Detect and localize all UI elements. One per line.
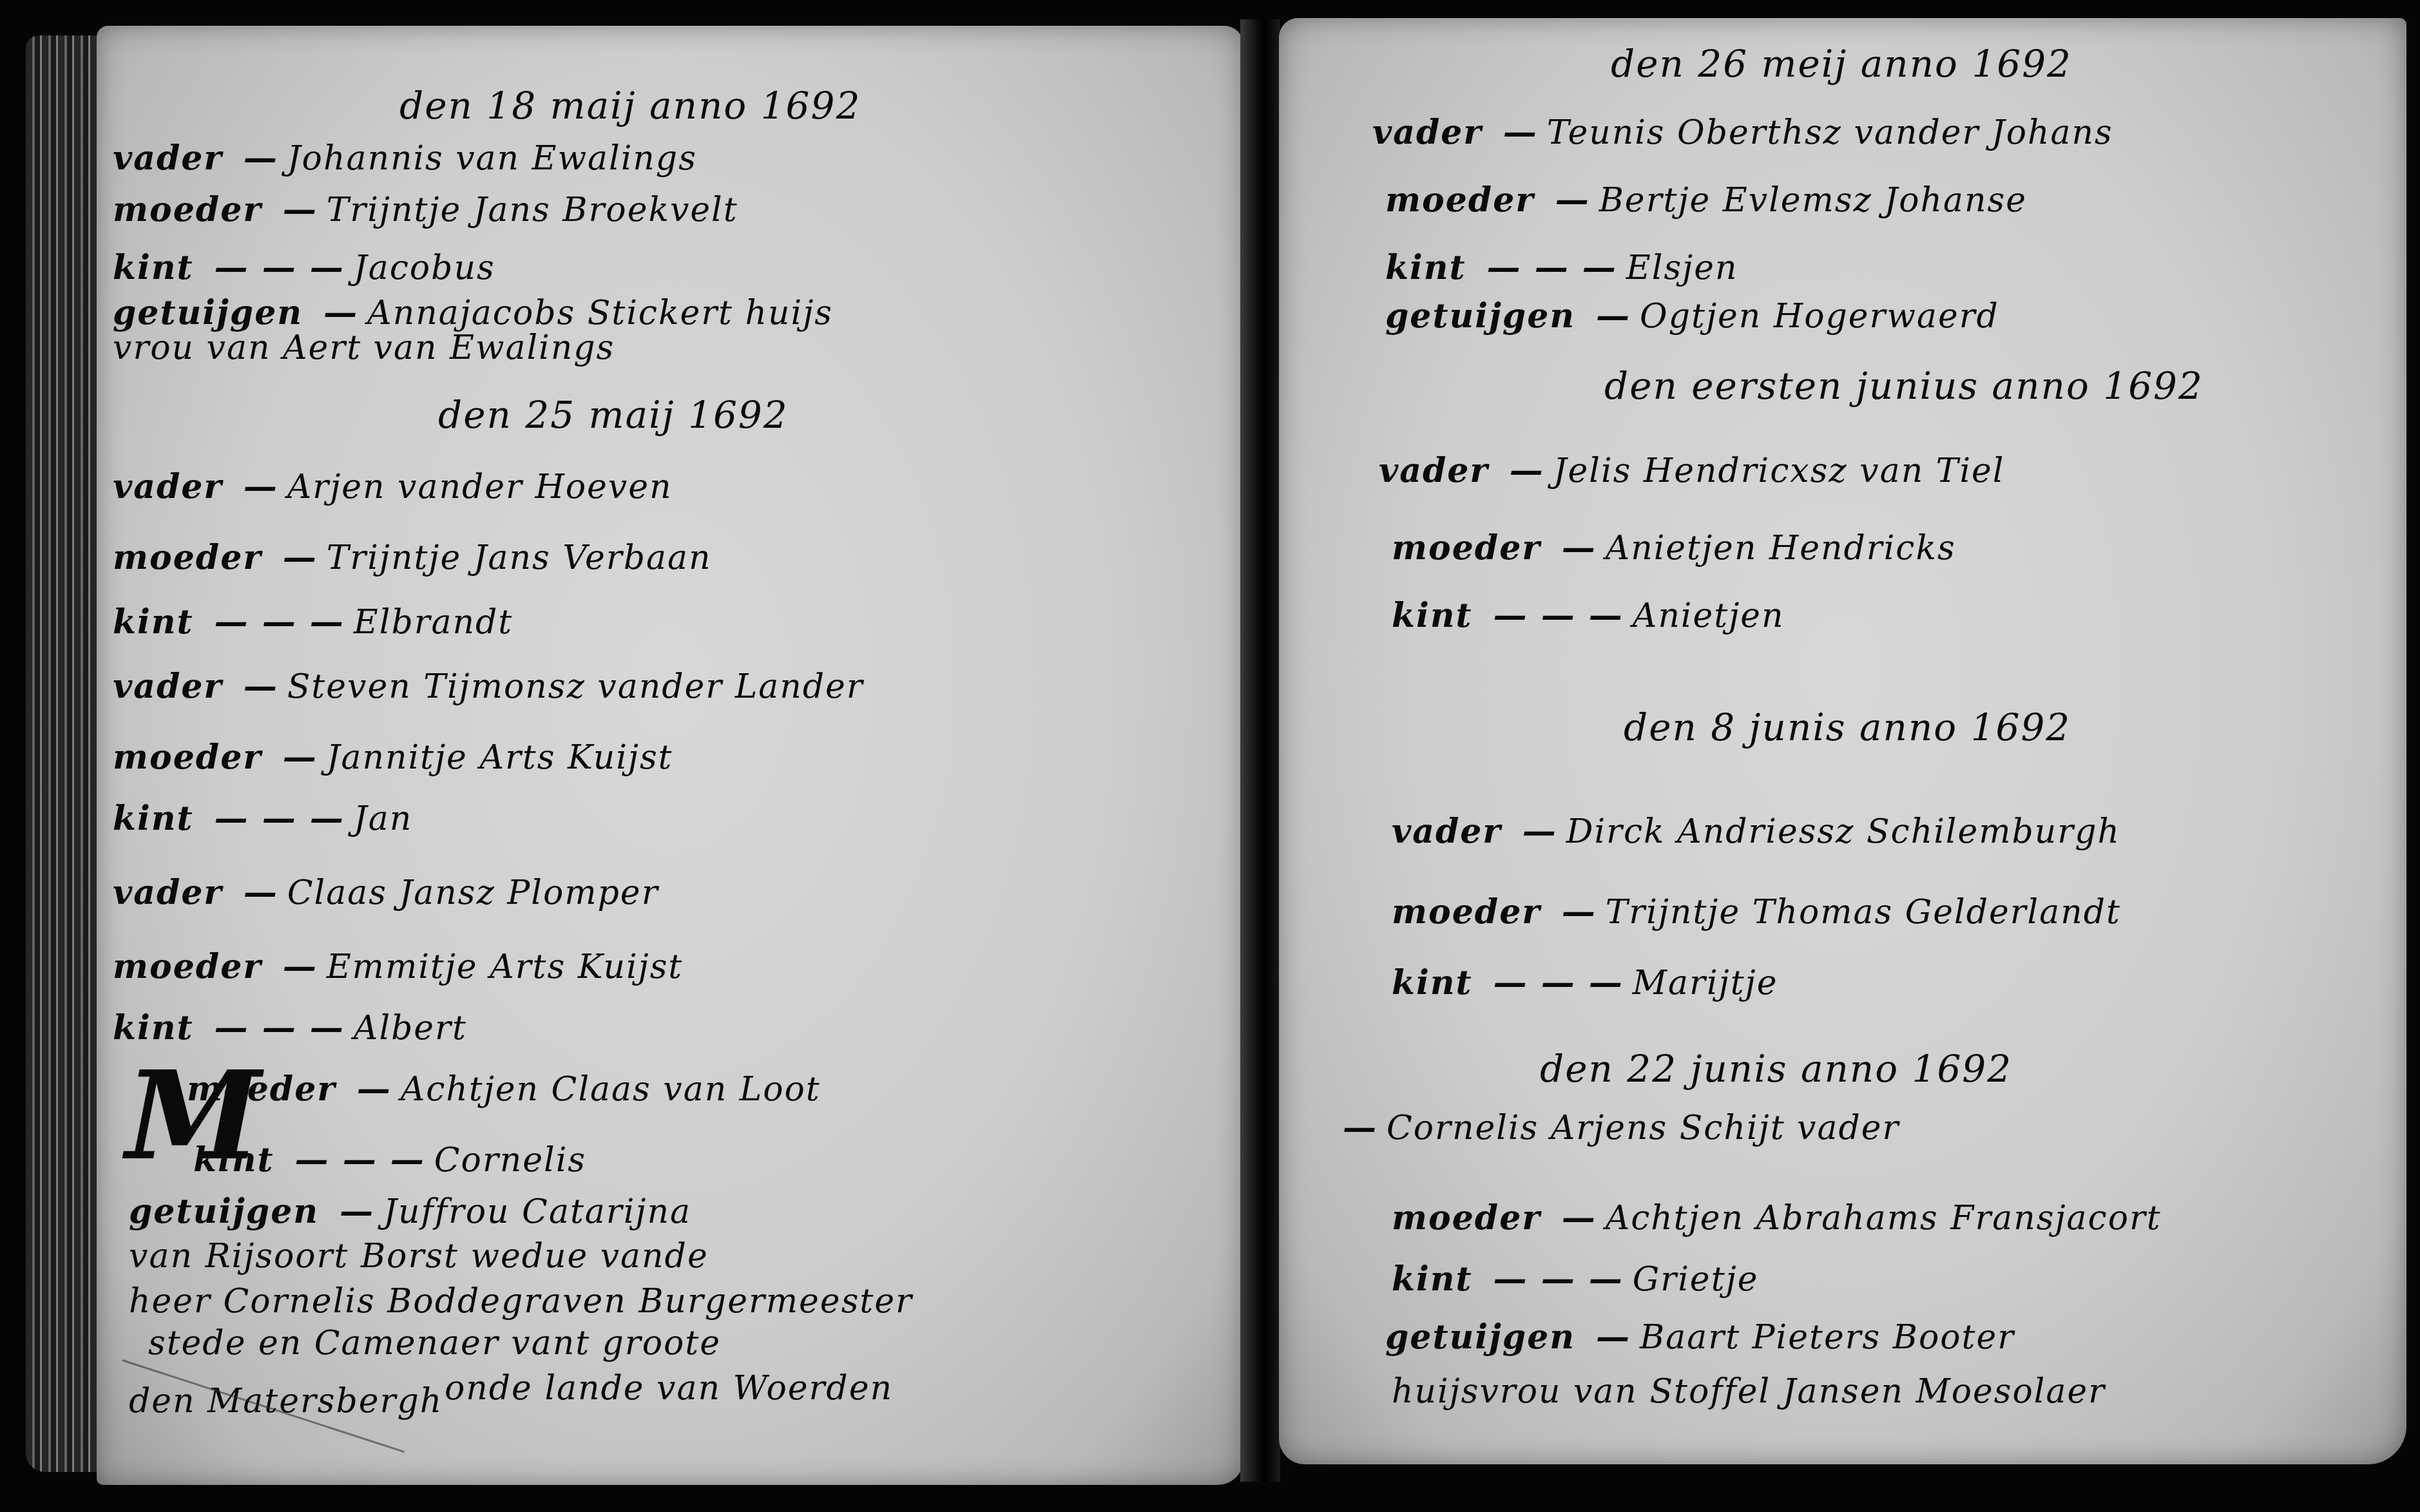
kint-name: Jacobus <box>354 249 495 287</box>
entry-kint: kint— — —Elsjen <box>1385 248 1738 287</box>
dash: — — — <box>215 248 345 287</box>
moeder-name: Jannitje Arts Kuijst <box>327 738 673 777</box>
entry-date: den eersten junius anno 1692 <box>1604 364 2204 408</box>
dash: — — — <box>215 602 345 642</box>
dash: — <box>1555 180 1590 220</box>
dash: — <box>1503 113 1538 152</box>
kint-label: kint <box>113 602 194 642</box>
moeder-name: Trijntje Jans Broekvelt <box>327 191 738 229</box>
dash: — <box>357 1069 392 1109</box>
entry-vader: vader—Steven Tijmonsz vander Lander <box>113 667 864 706</box>
dash: — <box>283 190 318 229</box>
moeder-label: moeder <box>113 538 262 577</box>
moeder-label: moeder <box>1392 528 1541 568</box>
getuijgen-name: Baart Pieters Booter <box>1640 1318 2015 1357</box>
dash: — — — <box>215 1008 345 1048</box>
kint-name: Marijtje <box>1633 964 1778 1002</box>
vader-label: vader <box>113 873 223 912</box>
entry-kint: kint— — —Elbrandt <box>113 602 513 642</box>
dash: — — — <box>295 1140 425 1180</box>
vader-name: Dirck Andriessz Schilemburgh <box>1566 812 2120 851</box>
moeder-label: moeder <box>1385 180 1535 220</box>
moeder-label: moeder <box>1392 892 1541 932</box>
vader-name: Steven Tijmonsz vander Lander <box>287 667 864 706</box>
getuijgen-name: Ogtjen Hogerwaerd <box>1640 297 1999 336</box>
entry-moeder: moeder—Jannitje Arts Kuijst <box>113 738 673 777</box>
kint-label: kint <box>113 799 194 838</box>
moeder-label: moeder <box>113 738 262 777</box>
entry-date: den 22 junis anno 1692 <box>1540 1047 2012 1091</box>
entry-getuijgen-cont: stede en Camenaer vant groote <box>148 1324 721 1363</box>
kint-label: kint <box>113 1008 194 1048</box>
kint-name: Cornelis <box>434 1141 586 1180</box>
vader-name: Teunis Oberthsz vander Johans <box>1547 113 2113 152</box>
entry-getuijgen-cont: heer Cornelis Boddegraven Burgermeester <box>129 1282 913 1321</box>
moeder-name: Trijntje Jans Verbaan <box>327 539 712 577</box>
entry-getuijgen-cont: van Rijsoort Borst wedue vande <box>129 1237 709 1276</box>
entry-kint: kint— — —Cornelis <box>193 1140 586 1180</box>
dash: — — — <box>1493 963 1624 1002</box>
vader-label: vader <box>113 467 223 506</box>
vader-label: vader <box>1372 113 1483 152</box>
dash: — <box>1596 1317 1631 1357</box>
moeder-name: Emmitje Arts Kuijst <box>327 948 684 986</box>
entry-moeder: moeder—Emmitje Arts Kuijst <box>113 947 683 986</box>
dash: — <box>1522 812 1557 851</box>
kint-label: kint <box>113 248 194 287</box>
entry-getuijgen: getuijgen—Annajacobs Stickert huijs <box>113 293 833 332</box>
register-spread: den 18 maij anno 1692 vader—Johannis van… <box>0 0 2420 1512</box>
entry-moeder: moeder—Trijntje Thomas Gelderlandt <box>1392 892 2121 932</box>
dash: — <box>283 738 318 777</box>
vader-name: Claas Jansz Plomper <box>287 874 659 912</box>
vader-name: Johannis van Ewalings <box>287 139 697 178</box>
dash: — <box>244 139 278 178</box>
dash: — <box>340 1192 374 1231</box>
entry-getuijgen: getuijgen—Juffrou Catarijna <box>129 1192 691 1231</box>
entry-vader: vader—Dirck Andriessz Schilemburgh <box>1392 812 2120 851</box>
entry-date: den 8 junis anno 1692 <box>1624 705 2071 749</box>
getuijgen-label: getuijgen <box>113 293 303 332</box>
moeder-label: moeder <box>113 190 262 229</box>
moeder-name: Achtjen Abrahams Fransjacort <box>1606 1199 2162 1238</box>
entry-vader: vader—Jelis Hendricxsz van Tiel <box>1379 451 2004 490</box>
dash: — <box>283 947 318 986</box>
vader-name: Arjen vander Hoeven <box>287 468 673 506</box>
kint-name: Albert <box>354 1009 467 1048</box>
moeder-name: Anietjen Hendricks <box>1606 529 1956 568</box>
dash: — <box>1562 1198 1597 1238</box>
entry-vader: vader—Teunis Oberthsz vander Johans <box>1372 113 2113 152</box>
entry-kint: kint— — —Marijtje <box>1392 963 1778 1002</box>
entry-moeder: moeder—Anietjen Hendricks <box>1392 528 1956 568</box>
kint-label: kint <box>193 1140 274 1180</box>
dash: — — — <box>215 799 345 838</box>
entry-kint: kint— — —Anietjen <box>1392 596 1785 635</box>
entry-vader: vader—Arjen vander Hoeven <box>113 467 672 506</box>
moeder-label: moeder <box>113 947 262 986</box>
kint-name: Grietje <box>1633 1260 1759 1299</box>
entry-kint: kint— — —Albert <box>113 1008 467 1048</box>
dash: — <box>1343 1108 1378 1147</box>
kint-label: kint <box>1392 1259 1473 1299</box>
entry-getuijgen-cont: vrou van Aert van Ewalings <box>113 329 615 367</box>
moeder-name: Bertje Evlemsz Johanse <box>1599 181 2027 220</box>
entry-date: den 26 meij anno 1692 <box>1611 42 2072 86</box>
dash: — <box>1562 528 1597 568</box>
dash: — <box>244 467 278 506</box>
dash: — <box>283 538 318 577</box>
entry-vader-line: —Cornelis Arjens Schijt vader <box>1334 1108 1899 1147</box>
footer-left-note: den Matersbergh <box>129 1382 443 1421</box>
kint-label: kint <box>1392 963 1473 1002</box>
entry-getuijgen-cont: huijsvrou van Stoffel Jansen Moesolaer <box>1392 1372 2106 1411</box>
getuijgen-label: getuijgen <box>129 1192 319 1231</box>
book-gutter <box>1240 19 1280 1482</box>
kint-name: Anietjen <box>1633 597 1785 635</box>
dash: — <box>1596 296 1631 336</box>
entry-kint: kint— — —Grietje <box>1392 1259 1758 1299</box>
entry-moeder: moeder—Bertje Evlemsz Johanse <box>1385 180 2027 220</box>
dash: — <box>323 293 358 332</box>
kint-name: Jan <box>354 799 412 838</box>
moeder-label: moeder <box>187 1069 336 1109</box>
kint-name: Elsjen <box>1626 249 1738 287</box>
dash: — <box>1510 451 1544 490</box>
vader-label: vader <box>113 139 223 178</box>
entry-date: den 18 maij anno 1692 <box>399 84 861 128</box>
kint-label: kint <box>1385 248 1466 287</box>
entry-getuijgen: getuijgen—Baart Pieters Booter <box>1385 1317 2015 1357</box>
entry-kint: kint— — —Jan <box>113 799 412 838</box>
dash: — <box>244 667 278 706</box>
moeder-name: Trijntje Thomas Gelderlandt <box>1606 893 2121 932</box>
getuijgen-label: getuijgen <box>1385 296 1575 336</box>
vader-label: vader <box>1392 812 1502 851</box>
entry-moeder: moeder—Achtjen Claas van Loot <box>187 1069 821 1109</box>
dash: — — — <box>1493 1259 1624 1299</box>
entry-kint: kint— — —Jacobus <box>113 248 495 287</box>
entry-vader: vader—Johannis van Ewalings <box>113 139 697 178</box>
dash: — — — <box>1487 248 1617 287</box>
vader-name: Jelis Hendricxsz van Tiel <box>1553 452 2005 490</box>
footer-text: onde lande van Woerden <box>445 1369 893 1408</box>
entry-vader: vader—Claas Jansz Plomper <box>113 873 659 912</box>
dash: — <box>1562 892 1597 932</box>
dash: — <box>244 873 278 912</box>
getuijgen-name: Juffrou Catarijna <box>383 1192 691 1231</box>
dash: — — — <box>1493 596 1624 635</box>
moeder-name: Achtjen Claas van Loot <box>401 1070 821 1109</box>
vader-label: vader <box>113 667 223 706</box>
entry-moeder: moeder—Trijntje Jans Broekvelt <box>113 190 738 229</box>
getuijgen-name: Annajacobs Stickert huijs <box>367 294 833 332</box>
vader-label: vader <box>1379 451 1489 490</box>
kint-name: Elbrandt <box>354 603 513 642</box>
entry-date: den 25 maij 1692 <box>438 393 789 437</box>
entry-getuijgen: getuijgen—Ogtjen Hogerwaerd <box>1385 296 1999 336</box>
moeder-label: moeder <box>1392 1198 1541 1238</box>
getuijgen-label: getuijgen <box>1385 1317 1575 1357</box>
vader-name: Cornelis Arjens Schijt vader <box>1387 1109 1899 1147</box>
entry-moeder: moeder—Trijntje Jans Verbaan <box>113 538 712 577</box>
kint-label: kint <box>1392 596 1473 635</box>
entry-moeder: moeder—Achtjen Abrahams Fransjacort <box>1392 1198 2162 1238</box>
